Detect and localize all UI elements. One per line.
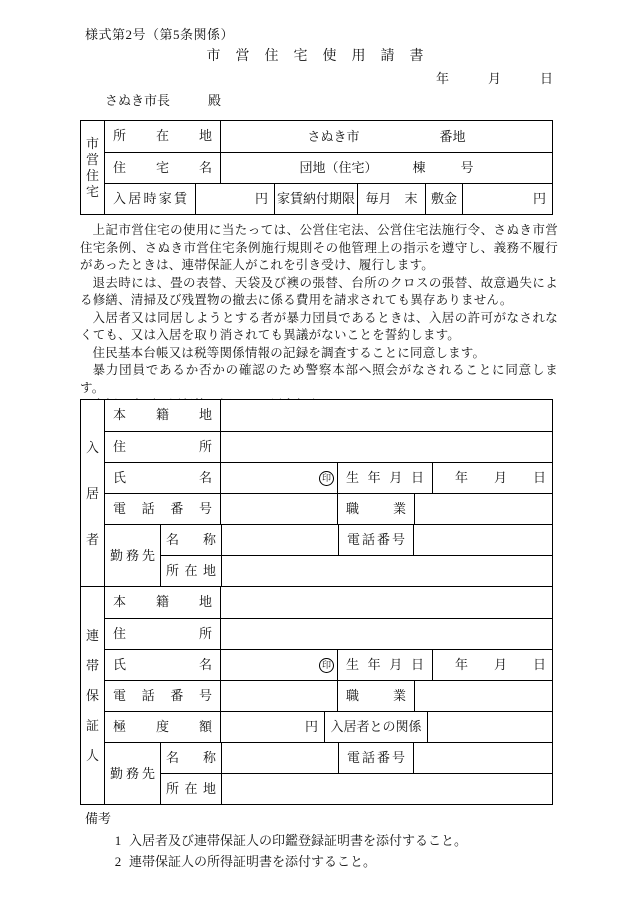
note-text: 連帯保証人の所得証明書を添付すること。: [129, 851, 376, 872]
guarantor-employer-name-value-cell: [221, 743, 338, 773]
note-number: 1: [107, 830, 129, 851]
note-text: 入居者及び連帯保証人の印鑑登録証明書を添付すること。: [129, 830, 467, 851]
paragraph: 住民基本台帳又は税等関係情報の記録を調査することに同意します。: [80, 345, 558, 363]
seal-icon: 印: [319, 658, 334, 673]
addressee-line: さぬき市長殿: [105, 90, 221, 109]
paragraph: 退去時には、畳の表替、天袋及び襖の張替、台所のクロスの張替、故意過失による修繕、…: [80, 275, 558, 310]
notes-title: 備考: [85, 808, 555, 827]
notes-section: 備考 1 入居者及び連帯保証人の印鑑登録証明書を添付すること。 2 連帯保証人の…: [85, 808, 555, 872]
paragraph: 暴力団員であるか否かの確認のため警察本部へ照会がなされることに同意します。: [80, 362, 558, 397]
pledge-text: 上記市営住宅の使用に当たっては、公営住宅法、公営住宅法施行令、さぬき市営住宅条例…: [80, 222, 558, 415]
housing-name-label: 住宅名: [105, 153, 220, 183]
guarantor-side-label: 連帯保証人: [81, 587, 105, 804]
tenant-employer-address-value-cell: [221, 556, 552, 586]
housing-gou: 号: [461, 153, 474, 183]
tenant-employer-rows: 勤務先 名称 電話番号 所在地: [105, 524, 552, 586]
guarantor-employer-phone-label: 電話番号: [338, 743, 413, 773]
guarantor-section: 連帯保証人 本籍地 住所 氏名 印 生年月日 年 月 日: [81, 586, 552, 804]
guarantor-relation-value-cell: [427, 712, 552, 742]
guarantor-occupation-value-cell: [414, 681, 552, 711]
tenant-name-value-cell: 印: [220, 463, 337, 493]
tenant-section: 入居者 本籍地 住所 氏名 印 生年月日 年 月 日: [81, 400, 552, 586]
guarantor-domicile-value-cell: [220, 587, 552, 618]
guarantor-name-value-cell: 印: [220, 650, 337, 680]
housing-side-label: 市営住宅: [81, 121, 105, 214]
tenant-birth-value-cell: 年 月 日: [432, 463, 552, 493]
guarantor-phone-row: 電話番号 職業: [105, 680, 552, 711]
rent-value-cell: 円: [195, 184, 274, 214]
tenant-domicile-label: 本籍地: [105, 400, 220, 431]
guarantor-phone-label: 電話番号: [105, 681, 220, 711]
tenant-side-label: 入居者: [81, 400, 105, 586]
addressee-honorific: 殿: [208, 93, 221, 108]
tenant-address-value-cell: [220, 432, 552, 462]
location-banchi: 番地: [440, 122, 466, 152]
guarantor-address-label: 住所: [105, 619, 220, 649]
guarantor-employer-name-row: 名称 電話番号: [161, 743, 552, 773]
form-number: 様式第2号（第5条関係）: [85, 24, 234, 43]
location-label: 所在地: [105, 121, 220, 152]
tenant-domicile-row: 本籍地: [105, 400, 552, 431]
guarantor-birth-value-cell: 年 月 日: [432, 650, 552, 680]
guarantor-limit-label: 極度額: [105, 712, 220, 742]
guarantor-phone-value-cell: [220, 681, 337, 711]
guarantor-employer-rows: 勤務先 名称 電話番号 所在地: [105, 742, 552, 804]
deposit-value-cell: 円: [462, 184, 552, 214]
guarantor-name-row: 氏名 印 生年月日 年 月 日: [105, 649, 552, 680]
tenant-employer-phone-label: 電話番号: [338, 525, 413, 555]
guarantor-employer-address-label: 所在地: [161, 774, 221, 804]
note-item: 1 入居者及び連帯保証人の印鑑登録証明書を添付すること。: [85, 830, 555, 851]
guarantor-limit-value-cell: 円: [220, 712, 324, 742]
tenant-name-row: 氏名 印 生年月日 年 月 日: [105, 462, 552, 493]
deposit-label: 敷金: [425, 184, 462, 214]
tenant-occupation-value-cell: [414, 494, 552, 524]
person-tables: 入居者 本籍地 住所 氏名 印 生年月日 年 月 日: [80, 399, 553, 805]
tenant-employer-name-value-cell: [221, 525, 338, 555]
guarantor-relation-label: 入居者との関係: [324, 712, 427, 742]
guarantor-employer-label: 勤務先: [105, 743, 160, 804]
tenant-employer-name-row: 名称 電話番号: [161, 525, 552, 555]
location-city: さぬき市: [307, 122, 359, 152]
seal-icon: 印: [319, 471, 334, 486]
tenant-occupation-label: 職業: [337, 494, 414, 524]
tenant-phone-row: 電話番号 職業: [105, 493, 552, 524]
guarantor-domicile-row: 本籍地: [105, 587, 552, 618]
tenant-employer-address-label: 所在地: [161, 556, 221, 586]
housing-rent-row: 入居時家賃 円 家賃納付期限 毎月 末 敷金 円: [105, 183, 552, 214]
housing-danchi: 団地（住宅）: [299, 153, 377, 183]
tenant-employer-phone-value-cell: [413, 525, 552, 555]
tenant-phone-label: 電話番号: [105, 494, 220, 524]
date-line: 年 月 日: [436, 68, 553, 87]
guarantor-occupation-label: 職業: [337, 681, 414, 711]
guarantor-address-value-cell: [220, 619, 552, 649]
tenant-phone-value-cell: [220, 494, 337, 524]
form-page: 様式第2号（第5条関係） 市営住宅使用請書 年 月 日 さぬき市長殿 市営住宅 …: [0, 0, 630, 903]
rent-label: 入居時家賃: [105, 184, 195, 214]
paragraph: 上記市営住宅の使用に当たっては、公営住宅法、公営住宅法施行令、さぬき市営住宅条例…: [80, 222, 558, 275]
tenant-address-label: 住所: [105, 432, 220, 462]
tenant-address-row: 住所: [105, 431, 552, 462]
addressee-name: さぬき市長: [105, 93, 170, 108]
page-title: 市営住宅使用請書: [0, 45, 630, 65]
guarantor-domicile-label: 本籍地: [105, 587, 220, 618]
guarantor-employer-phone-value-cell: [413, 743, 552, 773]
housing-location-row: 所在地 さぬき市 番地: [105, 121, 552, 152]
tenant-domicile-value-cell: [220, 400, 552, 431]
guarantor-birth-label: 生年月日: [337, 650, 432, 680]
note-item: 2 連帯保証人の所得証明書を添付すること。: [85, 851, 555, 872]
guarantor-employer-address-row: 所在地: [161, 773, 552, 804]
guarantor-address-row: 住所: [105, 618, 552, 649]
tenant-birth-label: 生年月日: [337, 463, 432, 493]
housing-name-row: 住宅名 団地（住宅） 棟 号: [105, 152, 552, 183]
note-number: 2: [107, 851, 129, 872]
tenant-employer-label: 勤務先: [105, 525, 160, 586]
housing-name-value-cell: 団地（住宅） 棟 号: [220, 153, 552, 183]
guarantor-limit-row: 極度額 円 入居者との関係: [105, 711, 552, 742]
housing-tou: 棟: [412, 153, 425, 183]
housing-table: 市営住宅 所在地 さぬき市 番地 住宅名 団地（住宅） 棟 号 入居時家賃 円: [80, 120, 553, 215]
guarantor-name-label: 氏名: [105, 650, 220, 680]
tenant-employer-name-label: 名称: [161, 525, 221, 555]
guarantor-employer-name-label: 名称: [161, 743, 221, 773]
paragraph: 入居者又は同居しようとする者が暴力団員であるときは、入居の許可がなされなくても、…: [80, 310, 558, 345]
rent-due-value: 毎月 末: [357, 184, 425, 214]
rent-due-label: 家賃納付期限: [274, 184, 357, 214]
guarantor-employer-address-value-cell: [221, 774, 552, 804]
tenant-employer-address-row: 所在地: [161, 555, 552, 586]
location-value-cell: さぬき市 番地: [220, 121, 552, 152]
tenant-name-label: 氏名: [105, 463, 220, 493]
